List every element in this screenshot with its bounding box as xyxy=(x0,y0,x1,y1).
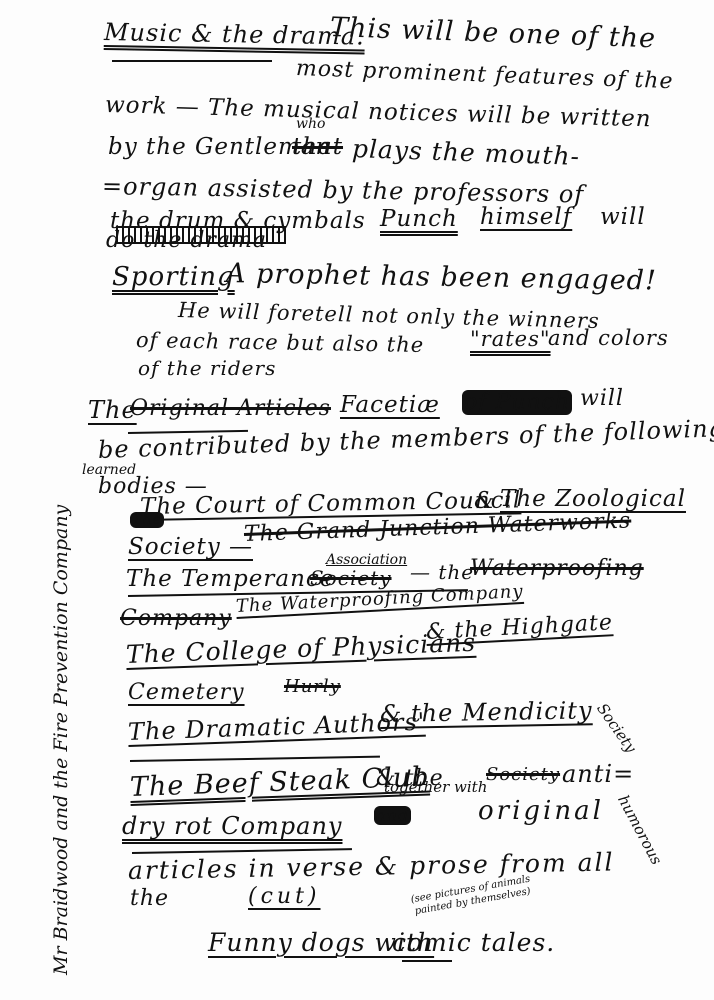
heading-sporting: Sporting xyxy=(112,262,235,292)
insertion-text: who xyxy=(296,116,325,132)
text-line: himself xyxy=(480,204,572,230)
curved-text: humorous xyxy=(614,792,666,868)
underline-rule xyxy=(402,960,452,962)
text-line: A prophet has been engaged! xyxy=(226,258,657,297)
text-line: (cut) xyxy=(248,884,321,909)
text-line: the xyxy=(130,886,169,911)
struck-text: Original Articles xyxy=(130,396,331,421)
underline-rule xyxy=(130,756,380,762)
struck-text: Waterproofing xyxy=(470,556,644,581)
text-line: The College of Physicians xyxy=(125,628,476,669)
text-line: This will be one of the xyxy=(329,12,656,54)
insertion-text: together with xyxy=(384,778,487,796)
emphasis-rates: "rates" xyxy=(470,327,551,351)
text-line: original xyxy=(478,796,604,826)
text-line: & the Mendicity xyxy=(380,696,593,728)
text-line: plays the mouth- xyxy=(351,134,580,171)
text-line: of the riders xyxy=(138,356,276,380)
struck-text: Hurly xyxy=(284,676,341,697)
text-line: comic tales. xyxy=(392,928,555,957)
text-line: & xyxy=(474,488,495,514)
text-line: be contributed by the members of the fol… xyxy=(98,414,714,464)
heading-music-drama: Music & the drama. xyxy=(104,18,365,51)
struck-text: Company xyxy=(120,606,232,631)
blotted-text: of Punch xyxy=(462,390,572,415)
text-line: The Zoological xyxy=(500,486,686,512)
emphasis-punch: Punch xyxy=(380,206,458,232)
struck-text: Society xyxy=(486,764,560,785)
text-line: dry rot Company xyxy=(122,812,342,840)
struck-text: that xyxy=(292,134,343,160)
text-line: Society — xyxy=(128,534,253,560)
struck-text: Society xyxy=(310,566,392,590)
text-line: will xyxy=(600,204,646,230)
text-line: anti= xyxy=(562,760,634,788)
text-line: will xyxy=(580,386,624,411)
text-line: Facetiæ xyxy=(340,392,440,418)
text-line: =organ assisted by the professors of xyxy=(102,172,585,208)
scribble-underline xyxy=(116,226,286,244)
underline-rule xyxy=(112,60,272,62)
text-line: of each race but also the xyxy=(136,328,425,357)
text-line: and colors xyxy=(548,326,669,350)
text-line: Cemetery xyxy=(128,680,245,705)
margin-note: Mr Braidwood and the Fire Prevention Com… xyxy=(50,505,72,975)
manuscript-page: Music & the drama. This will be one of t… xyxy=(0,0,714,1000)
text-line: — the xyxy=(410,560,474,584)
text-line: work — The musical notices will be writt… xyxy=(105,92,652,132)
blotted-text: The xyxy=(130,512,164,528)
text-line: articles in verse & prose from all xyxy=(128,848,615,885)
text-line: most prominent features of the xyxy=(296,56,674,94)
text-line: The Temperance xyxy=(126,566,334,592)
blotted-text: and xyxy=(374,806,411,825)
curved-text: Society xyxy=(593,700,640,756)
insertion-text: Association xyxy=(326,552,407,568)
text-line: & the Highgate xyxy=(425,610,613,645)
